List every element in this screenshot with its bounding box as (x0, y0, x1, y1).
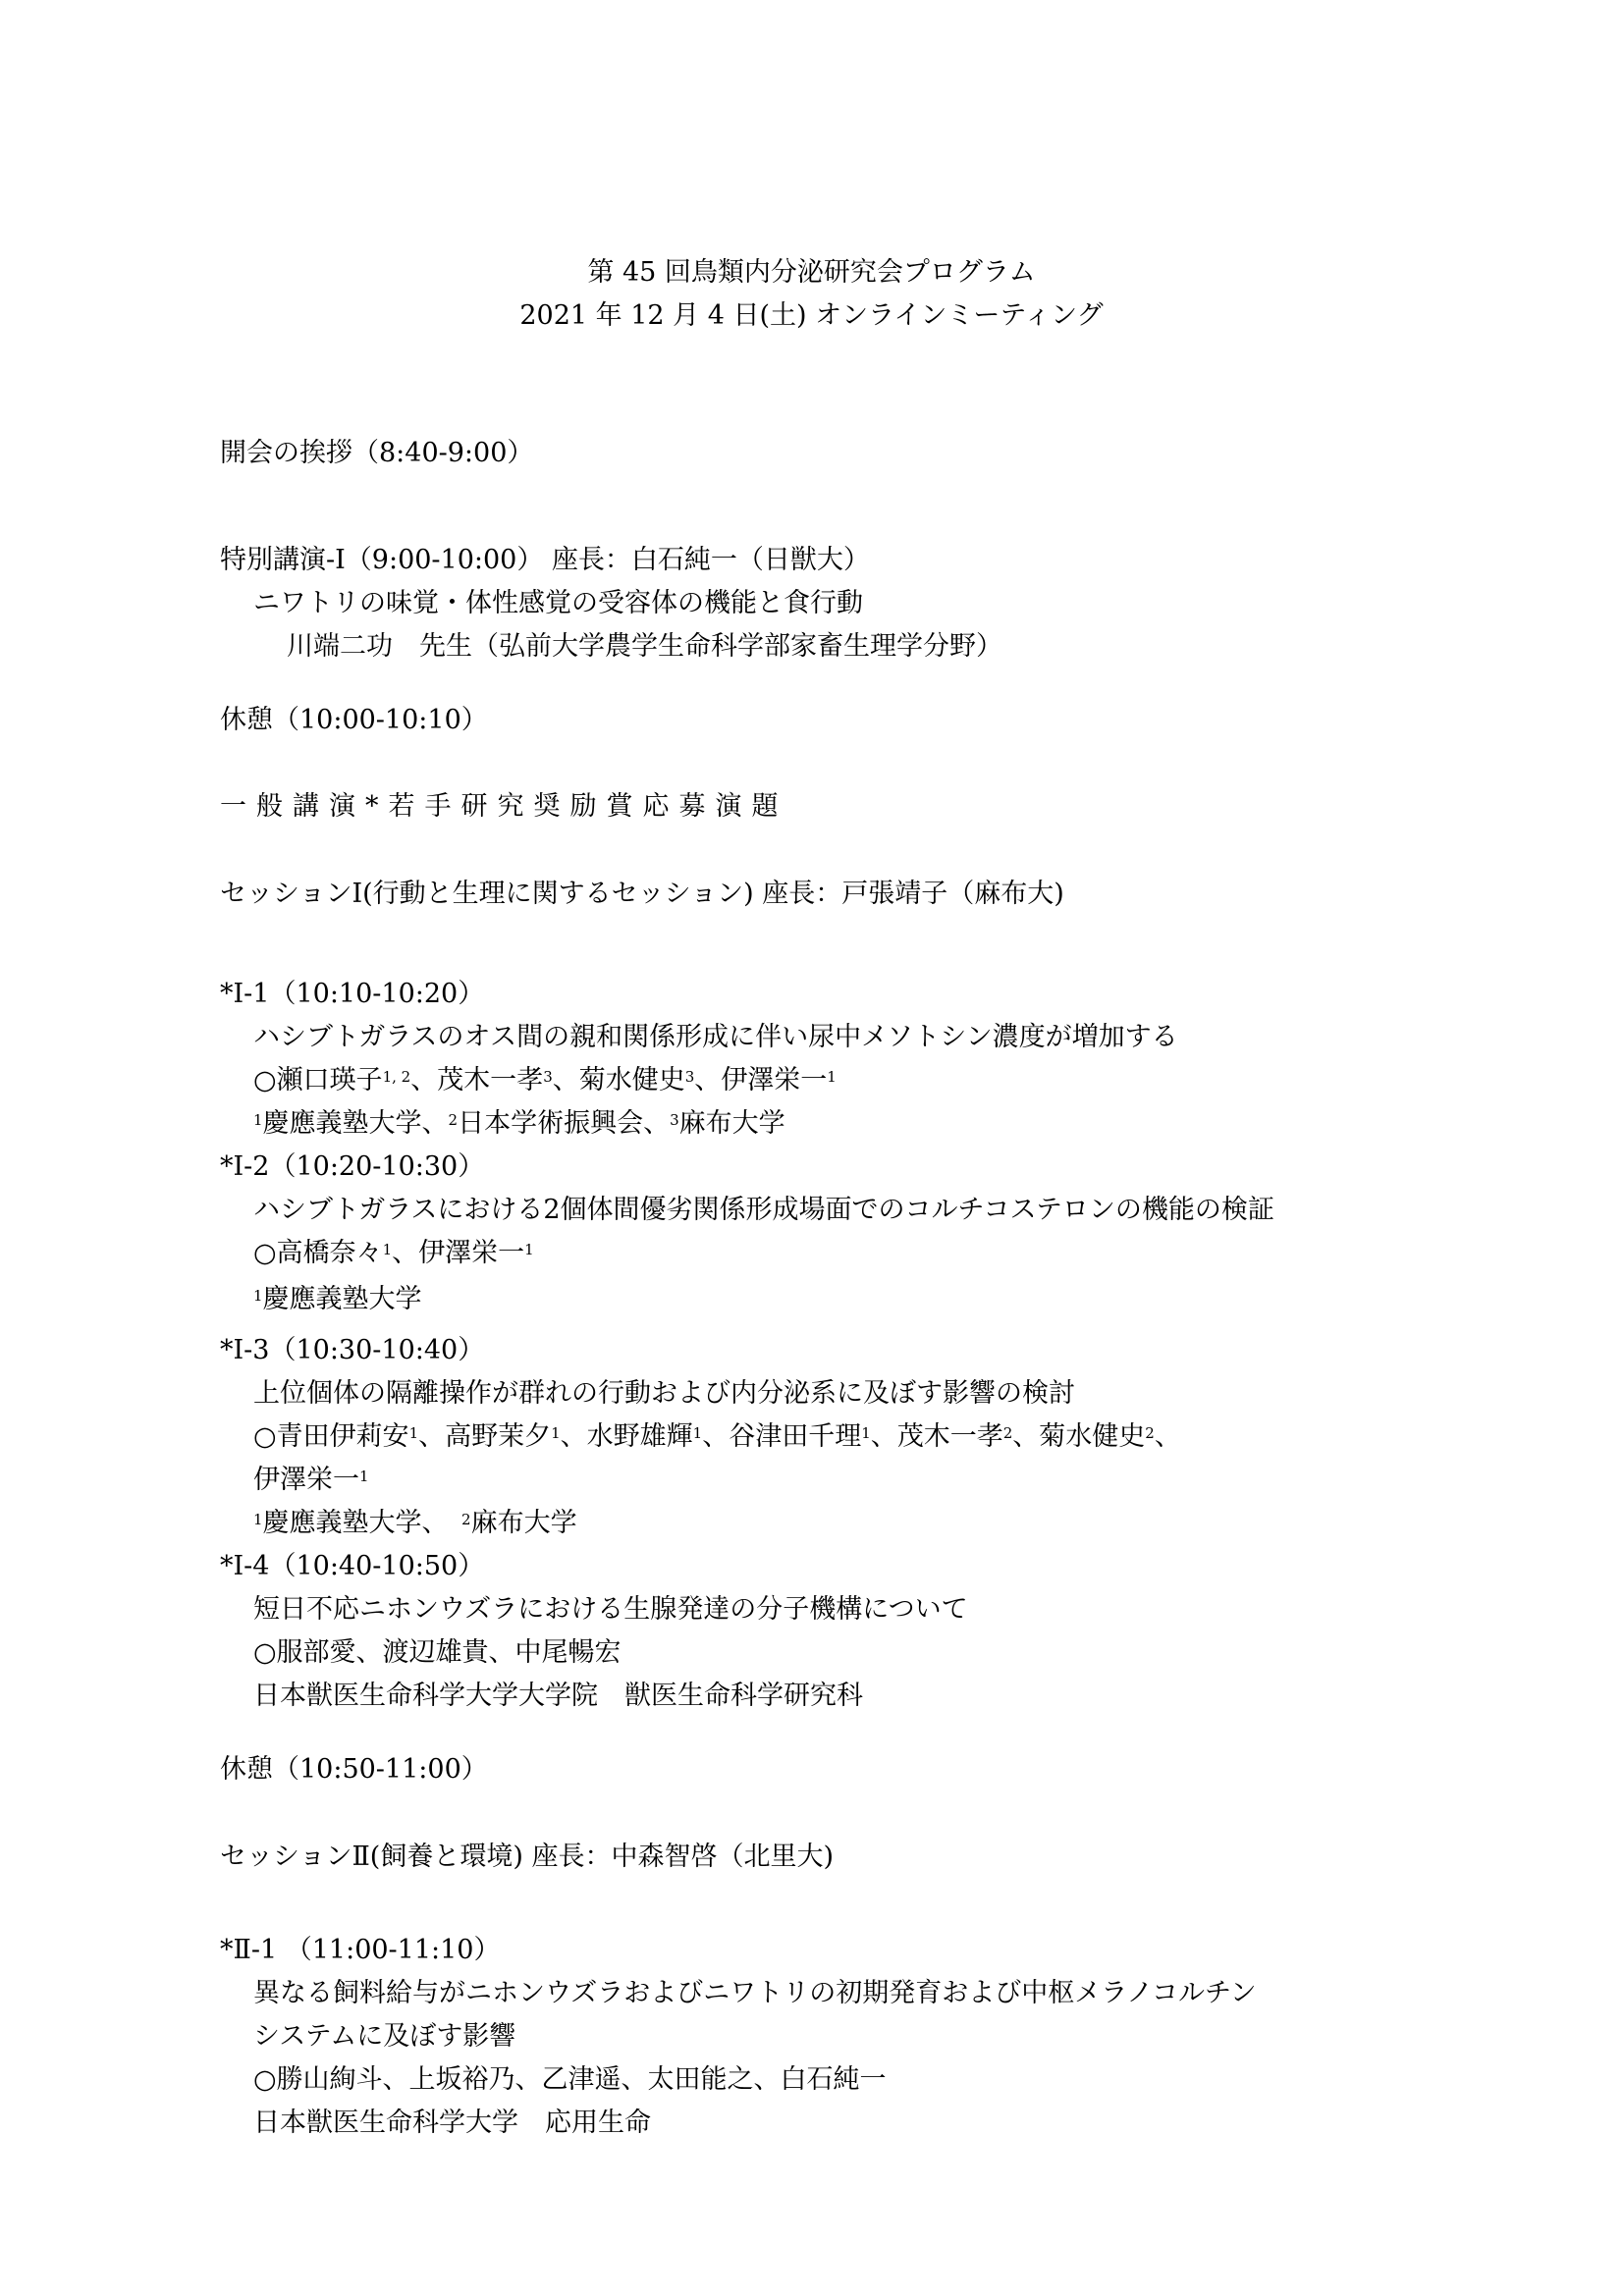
author-affil-mark: 2 (1145, 1424, 1155, 1442)
author: 、茂木一孝 (410, 1065, 543, 1095)
document-subtitle: 2021 年 12 月 4 日(土) オンラインミーティング (0, 300, 1623, 332)
affiliation: 麻布大学 (471, 1508, 577, 1538)
author-affil-mark: 2 (1003, 1424, 1013, 1442)
talk-id: *I-2（10:20-10:30） (220, 1151, 484, 1183)
document-page: 第 45 回鳥類内分泌研究会プログラム 2021 年 12 月 4 日(土) オ… (0, 0, 1623, 2296)
talk-authors: ○瀬口瑛子1, 2、茂木一孝3、菊水健史3、伊澤栄一1 (253, 1065, 837, 1096)
session-1-heading: セッションⅠ(行動と生理に関するセッション) 座長：戸張靖子（麻布大) (220, 879, 1064, 910)
opening-remarks: 開会の挨拶（8:40-9:00） (220, 438, 533, 469)
talk-title: ハシブトガラスのオス間の親和関係形成に伴い尿中メソトシン濃度が増加する (253, 1022, 1178, 1053)
author: 、菊水健史 (1012, 1421, 1145, 1452)
affiliation: 日本学術振興会、 (458, 1108, 670, 1139)
talk-id: *I-4（10:40-10:50） (220, 1551, 484, 1582)
talk-title: 上位個体の隔離操作が群れの行動および内分泌系に及ぼす影響の検討 (253, 1378, 1075, 1410)
author: 、伊澤栄一 (694, 1065, 827, 1095)
talk-affiliations: 1慶應義塾大学、2日本学術振興会、3麻布大学 (253, 1108, 785, 1140)
talk-title: ハシブトガラスにおける2個体間優劣関係形成場面でのコルチコステロンの機能の検証 (253, 1195, 1274, 1226)
author: 伊澤栄一 (253, 1465, 359, 1495)
author-affil-mark: 1 (383, 1241, 393, 1258)
talk-affiliations: 日本獣医生命科学大学 応用生命 (253, 2108, 651, 2139)
author-affil-mark: 1 (409, 1424, 419, 1442)
affil-mark: 2 (449, 1111, 459, 1129)
author-affil-mark: 3 (685, 1068, 695, 1086)
author: 、茂木一孝 (871, 1421, 1003, 1452)
affiliation: 慶應義塾大学 (263, 1284, 422, 1314)
author: 、高野茉夕 (418, 1421, 551, 1452)
talk-affiliations: 1慶應義塾大学、 2麻布大学 (253, 1508, 577, 1539)
talk-affiliations: 日本獣医生命科学大学大学院 獣医生命科学研究科 (253, 1681, 863, 1712)
talk-affiliations: 1慶應義塾大学 (253, 1284, 422, 1315)
talk-title-continued: システムに及ぼす影響 (253, 2021, 515, 2053)
author-affil-mark: 1 (524, 1241, 534, 1258)
author-affil-mark: 1 (551, 1424, 561, 1442)
talk-id: *I-1（10:10-10:20） (220, 979, 484, 1010)
author: 、水野雄輝 (561, 1421, 693, 1452)
affil-mark: 1 (253, 1511, 263, 1528)
affil-mark: 2 (461, 1511, 471, 1528)
author-affil-mark: 1 (827, 1068, 837, 1086)
author: 、菊水健史 (553, 1065, 685, 1095)
session-2-heading: セッションⅡ(飼養と環境) 座長：中森智啓（北里大) (220, 1842, 834, 1873)
affil-mark: 1 (253, 1111, 263, 1129)
affiliation: 慶應義塾大学、 (263, 1108, 449, 1139)
special-lecture-title: ニワトリの味覚・体性感覚の受容体の機能と食行動 (253, 588, 863, 619)
affiliation: 麻布大学 (679, 1108, 785, 1139)
break-1: 休憩（10:00-10:10） (220, 705, 488, 736)
author-affil-mark: 1 (861, 1424, 871, 1442)
author-affil-mark: 1, 2 (383, 1068, 411, 1086)
special-lecture-speaker: 川端二功 先生（弘前大学農学生命科学部家畜生理学分野） (287, 631, 1002, 663)
document-title: 第 45 回鳥類内分泌研究会プログラム (0, 257, 1623, 289)
affiliation: 慶應義塾大学、 (263, 1508, 462, 1538)
talk-title: 異なる飼料給与がニホンウズラおよびニワトリの初期発育および中枢メラノコルチン (253, 1978, 1257, 2009)
affil-mark: 3 (670, 1111, 679, 1129)
author: ○青田伊莉安 (253, 1421, 409, 1452)
author-affil-mark: 1 (693, 1424, 703, 1442)
special-lecture-heading: 特別講演-I（9:00-10:00） 座長：白石純一（日獣大） (220, 545, 870, 576)
talk-authors: ○高橋奈々1、伊澤栄一1 (253, 1238, 534, 1269)
talk-title: 短日不応ニホンウズラにおける生腺発達の分子機構について (253, 1594, 968, 1626)
author-affil-mark: 3 (543, 1068, 553, 1086)
break-2: 休憩（10:50-11:00） (220, 1754, 488, 1786)
general-lectures-heading: 一般講演*若手研究奨励賞応募演題 (220, 791, 788, 823)
talk-id: *Ⅱ-1 （11:00-11:10） (220, 1935, 500, 1966)
talk-id: *I-3（10:30-10:40） (220, 1335, 484, 1366)
author: ○瀬口瑛子 (253, 1065, 383, 1095)
talk-authors-continued: 伊澤栄一1 (253, 1465, 369, 1496)
author: ○高橋奈々 (253, 1238, 383, 1268)
author-affil-mark: 1 (359, 1468, 369, 1485)
author: 、谷津田千理 (702, 1421, 861, 1452)
talk-authors: ○服部愛、渡辺雄貴、中尾暢宏 (253, 1637, 622, 1669)
author: 、伊澤栄一 (392, 1238, 524, 1268)
talk-authors: ○青田伊莉安1、高野茉夕1、水野雄輝1、谷津田千理1、茂木一孝2、菊水健史2、 (253, 1421, 1181, 1453)
talk-authors: ○勝山絢斗、上坂裕乃、乙津遥、太田能之、白石純一 (253, 2064, 887, 2096)
affil-mark: 1 (253, 1287, 263, 1305)
